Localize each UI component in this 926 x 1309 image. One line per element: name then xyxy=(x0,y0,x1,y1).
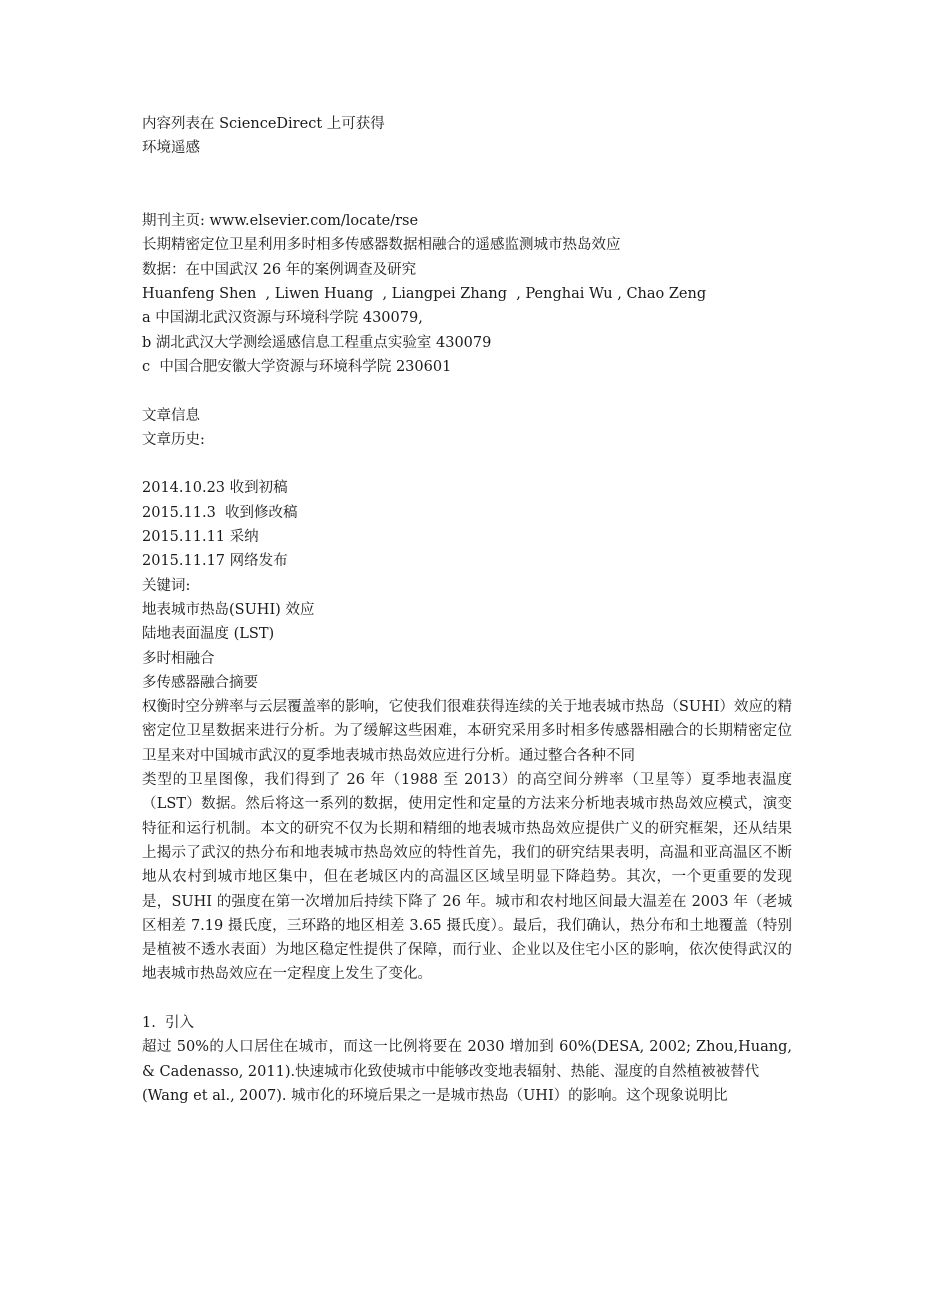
intro-part-2: (Wang et al., 2007). 城市化的环境后果之一是城市热岛（UHI… xyxy=(142,1084,792,1108)
history-received: 2014.10.23 收到初稿 xyxy=(142,476,792,500)
affiliation-b: b 湖北武汉大学测绘遥感信息工程重点实验室 430079 xyxy=(142,331,792,355)
authors: Huanfeng Shen , Liwen Huang , Liangpei Z… xyxy=(142,282,792,306)
availability-note: 内容列表在 ScienceDirect 上可获得 xyxy=(142,112,792,136)
keyword-3: 多时相融合 xyxy=(142,647,792,671)
title-line-2: 数据：在中国武汉 26 年的案例调查及研究 xyxy=(142,258,792,282)
article-info-heading: 文章信息 xyxy=(142,404,792,428)
intro-heading: 1. 引入 xyxy=(142,1011,792,1035)
title-line-1: 长期精密定位卫星利用多时相多传感器数据相融合的遥感监测城市热岛效应 xyxy=(142,233,792,257)
abstract-part-1: 权衡时空分辨率与云层覆盖率的影响，它使我们很难获得连续的关于地表城市热岛（SUH… xyxy=(142,695,792,768)
journal-name: 环境遥感 xyxy=(142,136,792,160)
keyword-2: 陆地表面温度 (LST) xyxy=(142,622,792,646)
intro-part-1: 超过 50%的人口居住在城市，而这一比例将要在 2030 增加到 60%(DES… xyxy=(142,1035,792,1084)
document-page: 内容列表在 ScienceDirect 上可获得 环境遥感 期刊主页: www.… xyxy=(142,112,792,1108)
abstract-part-2: 类型的卫星图像，我们得到了 26 年（1988 至 2013）的高空间分辨率（卫… xyxy=(142,768,792,987)
history-revised: 2015.11.3 收到修改稿 xyxy=(142,501,792,525)
article-history-label: 文章历史: xyxy=(142,428,792,452)
history-online: 2015.11.17 网络发布 xyxy=(142,549,792,573)
keyword-1: 地表城市热岛(SUHI) 效应 xyxy=(142,598,792,622)
affiliation-c: c 中国合肥安徽大学资源与环境科学院 230601 xyxy=(142,355,792,379)
history-accepted: 2015.11.11 采纳 xyxy=(142,525,792,549)
journal-homepage: 期刊主页: www.elsevier.com/locate/rse xyxy=(142,209,792,233)
keyword-4: 多传感器融合摘要 xyxy=(142,671,792,695)
affiliation-a: a 中国湖北武汉资源与环境科学院 430079, xyxy=(142,306,792,330)
keywords-label: 关键词: xyxy=(142,574,792,598)
